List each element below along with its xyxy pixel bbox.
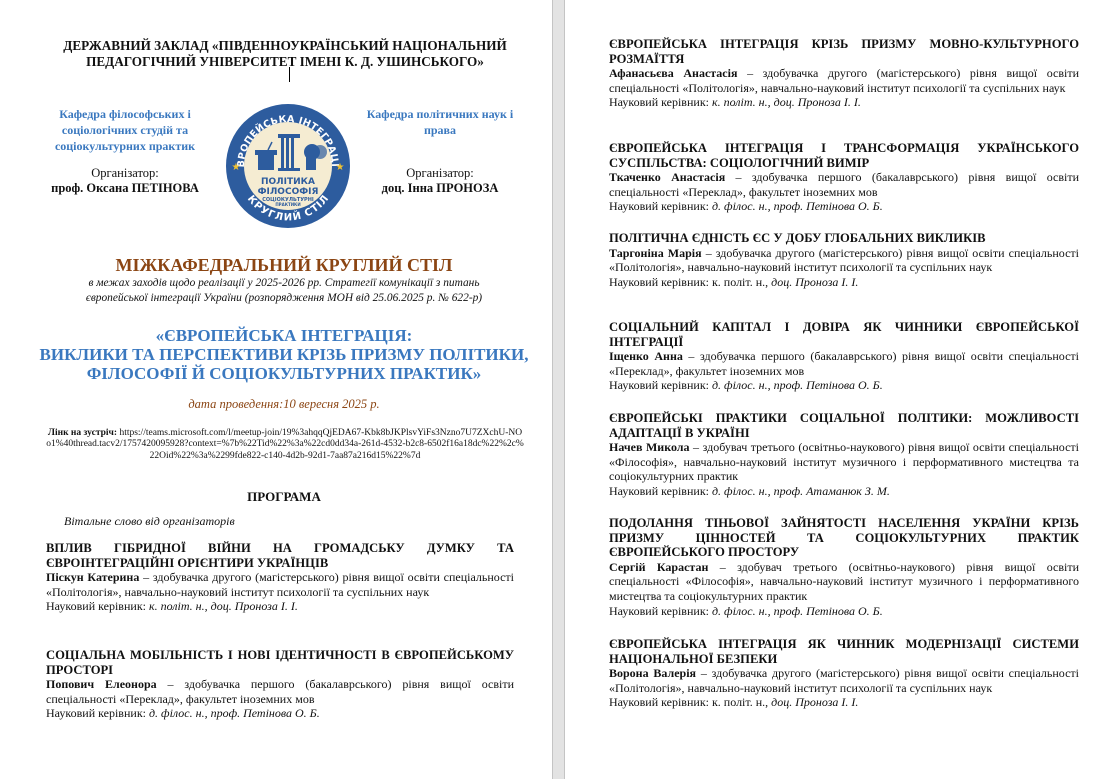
entry-title: ЄВРОПЕЙСЬКІ ПРАКТИКИ СОЦІАЛЬНОЇ ПОЛІТИКИ… [609,411,1079,440]
supervisor-name: д. філос. н., проф. Петінова О. Б. [712,378,883,392]
supervisor-name: к. політ. н., доц. Проноза І. І. [712,95,861,109]
theme-line-1: «ЄВРОПЕЙСЬКА ІНТЕГРАЦІЯ: [30,326,538,345]
supervisor-label: Науковий керівник: [609,604,712,618]
entry-supervisor: Науковий керівник: к. політ. н., доц. Пр… [609,695,1079,710]
subtitle-line-1: в межах заходів щодо реалізації у 2025-2… [40,276,528,291]
supervisor-label: Науковий керівник: к. політ. н., [609,275,771,289]
entry-author: Попович Елеонора [46,677,157,691]
institution-line-1: ДЕРЖАВНИЙ ЗАКЛАД «ПІВДЕННОУКРАЇНСЬКИЙ НА… [46,38,524,54]
program-entry: СОЦІАЛЬНА МОБІЛЬНІСТЬ І НОВІ ІДЕНТИЧНОСТ… [46,648,514,721]
supervisor-label: Науковий керівник: [46,706,149,720]
entry-author: Ткаченко Анастасія [609,170,725,184]
supervisor-label: Науковий керівник: к. політ. н., [609,695,771,709]
svg-text:★: ★ [232,162,241,173]
entry-author: Начев Микола [609,440,690,454]
organizer-label: Організатор: [360,166,520,181]
supervisor-name: доц. Проноза І. І. [771,275,858,289]
entry-supervisor: Науковий керівник: д. філос. н., проф. П… [609,378,1079,393]
program-entry: ЄВРОПЕЙСЬКА ІНТЕГРАЦІЯ ЯК ЧИННИК МОДЕРНІ… [609,637,1079,710]
organizer-name: проф. Оксана ПЕТІНОВА [30,181,220,196]
document-page-2[interactable]: ЄВРОПЕЙСЬКА ІНТЕГРАЦІЯ КРІЗЬ ПРИЗМУ МОВН… [565,0,1113,779]
entry-supervisor: Науковий керівник: д. філос. н., проф. П… [46,706,514,721]
institution-line-2: ПЕДАГОГІЧНИЙ УНІВЕРСИТЕТ ІМЕНІ К. Д. УШИ… [46,54,524,70]
entry-author: Піскун Катерина [46,570,139,584]
organizer-right: Організатор: доц. Інна ПРОНОЗА [360,166,520,196]
department-right: Кафедра політичних наук і права [365,106,515,138]
entry-supervisor: Науковий керівник: д. філос. н., проф. П… [609,199,1079,214]
department-left: Кафедра філософських і соціологічних сту… [30,106,220,154]
supervisor-name: д. філос. н., проф. Петінова О. Б. [712,199,883,213]
entry-supervisor: Науковий керівник: к. політ. н., доц. Пр… [46,599,514,614]
meeting-link: Лінк на зустріч: https://teams.microsoft… [46,428,524,462]
entry-author: Ворона Валерія [609,666,696,680]
program-entry: ЄВРОПЕЙСЬКА ІНТЕГРАЦІЯ І ТРАНСФОРМАЦІЯ У… [609,141,1079,214]
program-entry: СОЦІАЛЬНИЙ КАПІТАЛ І ДОВІРА ЯК ЧИННИКИ Є… [609,320,1079,393]
document-page-1[interactable]: ДЕРЖАВНИЙ ЗАКЛАД «ПІВДЕННОУКРАЇНСЬКИЙ НА… [0,0,552,779]
entry-description: Начев Микола – здобувач третього (освітн… [609,440,1079,484]
supervisor-name: д. філос. н., проф. Петінова О. Б. [712,604,883,618]
entry-title: СОЦІАЛЬНА МОБІЛЬНІСТЬ І НОВІ ІДЕНТИЧНОСТ… [46,648,514,677]
svg-text:★: ★ [336,162,345,173]
program-entry: ВПЛИВ ГІБРИДНОЇ ВІЙНИ НА ГРОМАДСЬКУ ДУМК… [46,541,514,614]
entry-author: Іщенко Анна [609,349,683,363]
subtitle-line-2: європейської інтеграції України (розпоря… [40,291,528,306]
entry-description: Піскун Катерина – здобувачка другого (ма… [46,570,514,599]
entry-title: ЄВРОПЕЙСЬКА ІНТЕГРАЦІЯ КРІЗЬ ПРИЗМУ МОВН… [609,37,1079,66]
program-entry: ЄВРОПЕЙСЬКА ІНТЕГРАЦІЯ КРІЗЬ ПРИЗМУ МОВН… [609,37,1079,110]
program-heading: ПРОГРАМА [40,489,528,505]
event-subtitle: в межах заходів щодо реалізації у 2025-2… [40,276,528,306]
supervisor-label: Науковий керівник: [46,599,149,613]
meeting-link-url[interactable]: https://teams.microsoft.com/l/meetup-joi… [46,428,524,461]
entry-author: Таргоніна Марія [609,246,702,260]
entry-supervisor: Науковий керівник: к. політ. н., доц. Пр… [609,275,1079,290]
entry-description: Афанасьєва Анастасія – здобувачка другог… [609,66,1079,95]
supervisor-name: доц. Проноза І. І. [771,695,858,709]
supervisor-label: Науковий керівник: [609,199,712,213]
entry-title: СОЦІАЛЬНИЙ КАПІТАЛ І ДОВІРА ЯК ЧИННИКИ Є… [609,320,1079,349]
event-date: дата проведення:10 вересня 2025 р. [40,397,528,412]
svg-text:ПРАКТИКИ: ПРАКТИКИ [275,202,300,207]
supervisor-label: Науковий керівник: [609,484,712,498]
entry-title: ВПЛИВ ГІБРИДНОЇ ВІЙНИ НА ГРОМАДСЬКУ ДУМК… [46,541,514,570]
entry-description: Попович Елеонора – здобувачка першого (б… [46,677,514,706]
entry-description: Іщенко Анна – здобувачка першого (бакала… [609,349,1079,378]
institution-name: ДЕРЖАВНИЙ ЗАКЛАД «ПІВДЕННОУКРАЇНСЬКИЙ НА… [46,38,524,70]
entry-supervisor: Науковий керівник: д. філос. н., проф. П… [609,604,1079,619]
entry-author: Афанасьєва Анастасія [609,66,737,80]
supervisor-label: Науковий керівник: [609,378,712,392]
entry-supervisor: Науковий керівник: к. політ. н., доц. Пр… [609,95,1079,110]
entry-title: ПОЛІТИЧНА ЄДНІСТЬ ЄС У ДОБУ ГЛОБАЛЬНИХ В… [609,231,1079,246]
theme-line-3: ФІЛОСОФІЇ Й СОЦІОКУЛЬТУРНИХ ПРАКТИК» [30,364,538,383]
event-theme: «ЄВРОПЕЙСЬКА ІНТЕГРАЦІЯ: ВИКЛИКИ ТА ПЕРС… [30,326,538,383]
event-title: МІЖКАФЕДРАЛЬНИЙ КРУГЛИЙ СТІЛ [40,255,528,275]
welcome-item: Вітальне слово від організаторів [64,514,235,529]
supervisor-name: к. політ. н., доц. Проноза І. І. [149,599,298,613]
meeting-link-label: Лінк на зустріч [48,428,114,438]
svg-text:ПОЛІТИКА: ПОЛІТИКА [261,177,315,187]
text-cursor [289,67,290,82]
round-table-logo-icon: ЄВРОПЕЙСЬКА ІНТЕГРАЦІЯ КРУГЛИЙ СТІЛ ★ ★ … [224,102,352,230]
entry-author: Сергій Карастан [609,560,708,574]
entry-title: ЄВРОПЕЙСЬКА ІНТЕГРАЦІЯ І ТРАНСФОРМАЦІЯ У… [609,141,1079,170]
entry-supervisor: Науковий керівник: д. філос. н., проф. А… [609,484,1079,499]
supervisor-name: д. філос. н., проф. Петінова О. Б. [149,706,320,720]
svg-text:ФІЛОСОФІЯ: ФІЛОСОФІЯ [258,187,319,197]
entry-description: Ткаченко Анастасія – здобувачка першого … [609,170,1079,199]
program-entry: ЄВРОПЕЙСЬКІ ПРАКТИКИ СОЦІАЛЬНОЇ ПОЛІТИКИ… [609,411,1079,499]
theme-line-2: ВИКЛИКИ ТА ПЕРСПЕКТИВИ КРІЗЬ ПРИЗМУ ПОЛІ… [30,345,538,364]
entry-description: Сергій Карастан – здобувач третього (осв… [609,560,1079,604]
organizer-name: доц. Інна ПРОНОЗА [360,181,520,196]
supervisor-label: Науковий керівник: [609,95,712,109]
entry-title: ЄВРОПЕЙСЬКА ІНТЕГРАЦІЯ ЯК ЧИННИК МОДЕРНІ… [609,637,1079,666]
entry-title: ПОДОЛАННЯ ТІНЬОВОЇ ЗАЙНЯТОСТІ НАСЕЛЕННЯ … [609,516,1079,560]
organizer-label: Організатор: [30,166,220,181]
entry-description: Таргоніна Марія – здобувачка другого (ма… [609,246,1079,275]
supervisor-name: д. філос. н., проф. Атаманюк З. М. [712,484,890,498]
program-entry: ПОДОЛАННЯ ТІНЬОВОЇ ЗАЙНЯТОСТІ НАСЕЛЕННЯ … [609,516,1079,618]
organizer-left: Організатор: проф. Оксана ПЕТІНОВА [30,166,220,196]
page-gutter [552,0,565,779]
entry-description: Ворона Валерія – здобувачка другого (маг… [609,666,1079,695]
program-entry: ПОЛІТИЧНА ЄДНІСТЬ ЄС У ДОБУ ГЛОБАЛЬНИХ В… [609,231,1079,289]
